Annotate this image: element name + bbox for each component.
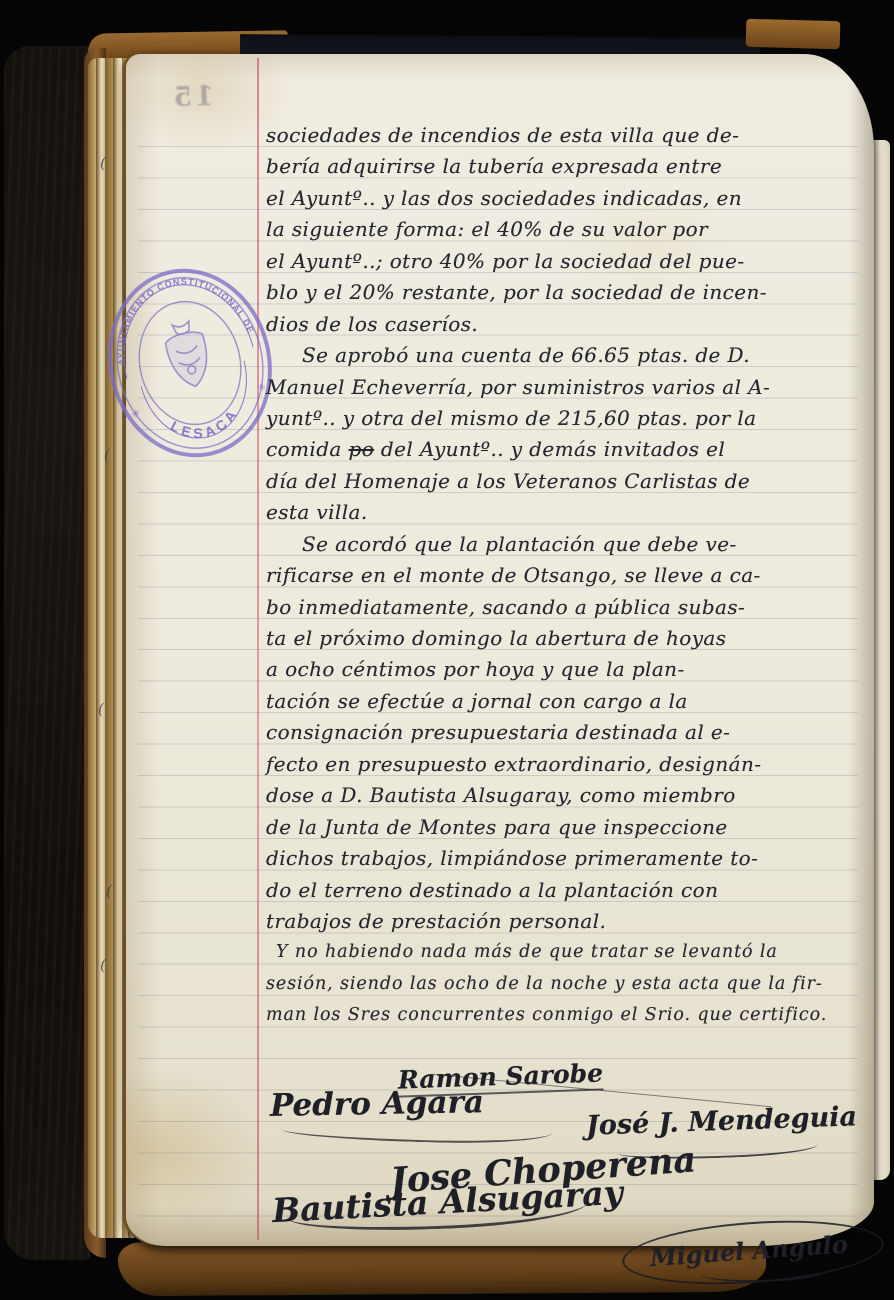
signature-pedro-agara: Pedro Agara <box>270 1084 485 1124</box>
red-margin-line <box>257 58 259 1240</box>
line-segment: del Ayuntº.. y demás invitados el <box>374 437 725 461</box>
page-edge-ink-mark: ( <box>100 154 106 172</box>
page-edge <box>113 58 122 1238</box>
manuscript-line: fecto en presupuesto extraordinario, des… <box>266 749 872 780</box>
manuscript-line: la siguiente forma: el 40% de su valor p… <box>266 214 872 245</box>
page-edge <box>88 58 96 1238</box>
manuscript-line: dios de los caseríos. <box>266 309 872 340</box>
manuscript-line: el Ayuntº..; otro 40% por la sociedad de… <box>266 246 872 277</box>
manuscript-line: rificarse en el monte de Otsango, se lle… <box>266 560 872 591</box>
binding-tab <box>746 19 841 49</box>
page-edge-ink-mark: ( <box>106 882 112 900</box>
manuscript-line: sesión, siendo las ocho de la noche y es… <box>266 969 872 1000</box>
manuscript-line: Y no habiendo nada más de que tratar se … <box>266 937 872 968</box>
manuscript-line: bería adquirirse la tubería expresada en… <box>266 151 872 182</box>
manuscript-line: de la Junta de Montes para que inspeccio… <box>266 812 872 843</box>
manuscript-line: el Ayuntº.. y las dos sociedades indicad… <box>266 183 872 214</box>
manuscript-line: dichos trabajos, limpiándose primerament… <box>266 843 872 874</box>
manuscript-line: blo y el 20% restante, por la sociedad d… <box>266 277 872 308</box>
page-edge-ink-mark: ( <box>98 700 104 718</box>
manuscript-line: ta el próximo domingo la abertura de hoy… <box>266 623 872 654</box>
manuscript-line: a ocho céntimos por hoya y que la plan- <box>266 654 872 685</box>
manuscript-line: trabajos de prestación personal. <box>266 906 872 937</box>
manuscript-line: día del Homenaje a los Veteranos Carlist… <box>266 466 872 497</box>
book-cover-left <box>4 46 90 1260</box>
line-segment: comida <box>266 437 349 461</box>
manuscript-line: Se acordó que la plantación que debe ve- <box>266 529 872 560</box>
underlying-page-edge-right <box>872 140 890 1180</box>
struck-word: po <box>349 437 375 461</box>
manuscript-line: do el terreno destinado a la plantación … <box>266 875 872 906</box>
official-stamp: AYUNTAMIENTO CONSTITUCIONAL DE LESACA ✳ … <box>98 258 283 468</box>
manuscript-line: sociedades de incendios de esta villa qu… <box>266 120 872 151</box>
manuscript-line: dose a D. Bautista Alsugaray, como miemb… <box>266 780 872 811</box>
manuscript-text: sociedades de incendios de esta villa qu… <box>266 120 872 1032</box>
manuscript-line: esta villa. <box>266 497 872 528</box>
page-edge <box>96 58 105 1238</box>
bleedthrough-page-number: 15 <box>153 81 214 114</box>
manuscript-line: man los Sres concurrentes conmigo el Sri… <box>266 1000 872 1031</box>
manuscript-line-with-correction: comida po del Ayuntº.. y demás invitados… <box>266 434 872 465</box>
manuscript-line: bo inmediatamente, sacando a pública sub… <box>266 592 872 623</box>
manuscript-line: Se aprobó una cuenta de 66.65 ptas. de D… <box>266 340 872 371</box>
page-edge-ink-mark: ( <box>100 956 106 974</box>
manuscript-line: Manuel Echeverría, por suministros vario… <box>266 372 872 403</box>
manuscript-line: yuntº.. y otra del mismo de 215,60 ptas.… <box>266 403 872 434</box>
stamp-coat-of-arms <box>161 319 214 391</box>
manuscript-line: tación se efectúe a jornal con cargo a l… <box>266 686 872 717</box>
ledger-book-photo: ( ( ( ( ( 15 AYUNTAMIENTO CONSTITUCIONAL… <box>0 0 894 1300</box>
manuscript-line: consignación presupuestaria destinada al… <box>266 717 872 748</box>
page-edge <box>105 58 113 1238</box>
